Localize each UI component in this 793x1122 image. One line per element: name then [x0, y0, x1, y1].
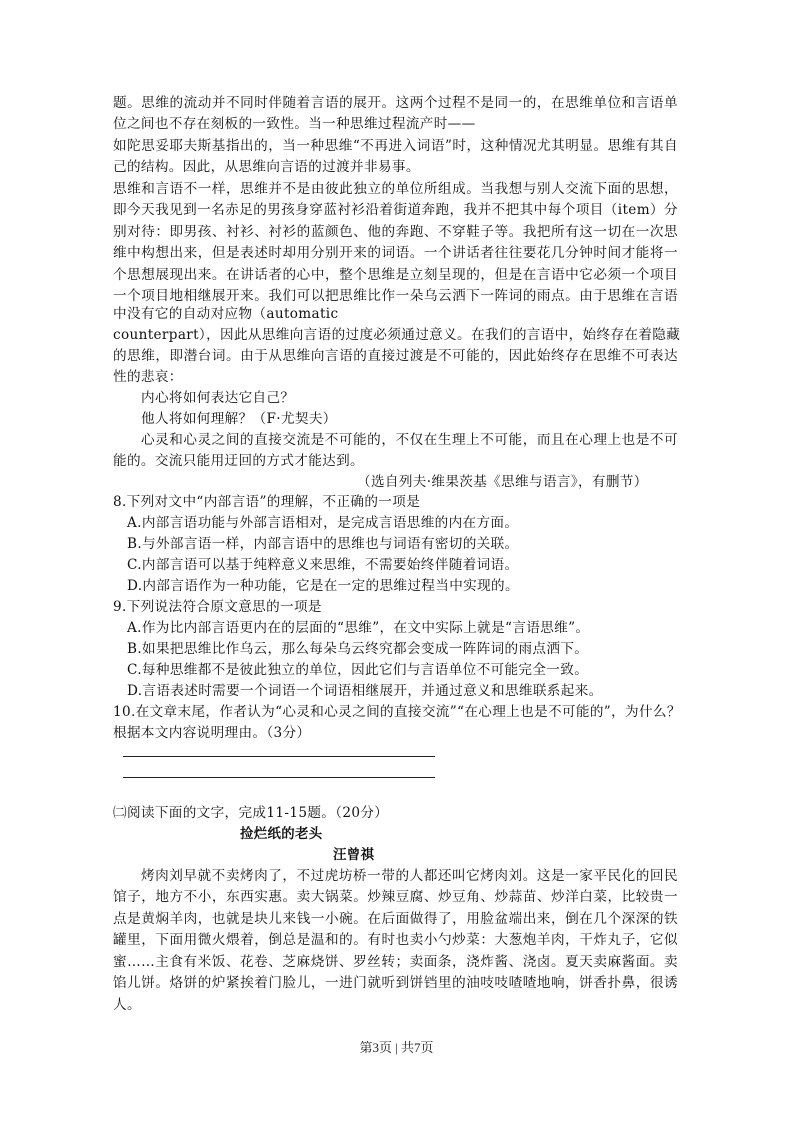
question-9-stem: 9.下列说法符合原文意思的一项是 — [113, 597, 678, 618]
passage-line: 维中构想出来，但是表述时却用分别开来的词语。一个讲话者往往要花几分钟时间才能将一 — [113, 243, 678, 264]
question-8-option-c: C.内部言语可以基于纯粹意义来思维，不需要始终伴随着词语。 — [127, 555, 692, 576]
passage-line: 位之间也不存在刻板的一致性。当一种思维过程流产时—— — [113, 114, 678, 135]
quote-line: 他人将如何理解？（F·尤契夫） — [141, 409, 706, 430]
question-8-option-d: D.内部言语作为一种功能，它是在一定的思维过程当中实现的。 — [127, 576, 692, 597]
story-line: 点是黄焖羊肉，也就是块儿来钱一小碗。在后面做得了，用脸盆端出来，倒在几个深深的铁 — [113, 909, 678, 930]
story-title: 捡烂纸的老头 — [240, 824, 793, 845]
question-10-stem: 根据本文内容说明理由。（3分） — [113, 723, 678, 744]
section-heading: ㈡阅读下面的文字，完成11-15题。（20分） — [113, 803, 678, 824]
story-line: 烤肉刘早就不卖烤肉了，不过虎坊桥一带的人都还叫它烤肉刘。这是一家平民化的回民 — [141, 866, 678, 887]
page-number: 第3页 | 共7页 — [0, 1039, 793, 1057]
passage-line: 别对待：即男孩、衬衫、衬衫的蓝颜色、他的奔跑、不穿鞋子等。我把所有这一切在一次思 — [113, 222, 678, 243]
question-8-option-b: B.与外部言语一样，内部言语中的思维也与词语有密切的关联。 — [127, 534, 692, 555]
question-9-option-c: C.每种思维都不是彼此独立的单位，因此它们与言语单位不可能完全一致。 — [127, 660, 692, 681]
answer-blank-line[interactable] — [123, 756, 435, 757]
question-8-stem: 8.下列对文中“内部言语”的理解，不正确的一项是 — [113, 492, 678, 513]
document-page: 题。思维的流动并不同时伴随着言语的展开。这两个过程不是同一的，在思维单位和言语单… — [0, 0, 793, 1122]
passage-line: 能的。交流只能用迂回的方式才能达到。 — [113, 451, 678, 472]
story-line: 馆子，地方不小，东西实惠。卖大锅菜。炒辣豆腐、炒豆角、炒蒜苗、炒洋白菜，比较贵一 — [113, 887, 678, 908]
passage-line: 的思维，即潜台词。由于从思维向言语的直接过渡是不可能的，因此始终存在思维不可表达 — [113, 346, 678, 367]
passage-line: 己的结构。因此，从思维向言语的过渡并非易事。 — [113, 157, 678, 178]
question-8-option-a: A.内部言语功能与外部言语相对，是完成言语思维的内在方面。 — [127, 513, 692, 534]
passage-line: 即今天我见到一名赤足的男孩身穿蓝衬衫沿着街道奔跑，我并不把其中每个项目（item… — [113, 200, 678, 221]
story-line: 蜜……主食有米饭、花卷、芝麻烧饼、罗丝转；卖面条，浇炸酱、浇卤。夏天卖麻酱面。卖 — [113, 952, 678, 973]
passage-line: 题。思维的流动并不同时伴随着言语的展开。这两个过程不是同一的，在思维单位和言语单 — [113, 93, 678, 114]
question-9-option-a: A.作为比内部言语更内在的层面的“思维”，在文中实际上就是“言语思维”。 — [127, 618, 692, 639]
story-author: 汪曾祺 — [333, 845, 793, 866]
story-line: 人。 — [113, 995, 678, 1016]
story-line: 罐里，下面用微火煨着，倒总是温和的。有时也卖小勺炒菜：大葱炮羊肉，干炸丸子，它似 — [113, 930, 678, 951]
answer-blank-line[interactable] — [123, 777, 435, 778]
passage-line: counterpart），因此从思维向言语的过度必须通过意义。在我们的言语中，始… — [113, 325, 678, 346]
passage-line: 中没有它的自动对应物（automatic — [113, 304, 678, 325]
passage-line: 如陀思妥耶夫斯基指出的，当一种思维“不再进入词语”时，这种情况尤其明显。思维有其… — [113, 136, 678, 157]
source-citation: （选自列夫·维果茨基《思维与语言》，有删节） — [357, 472, 647, 493]
question-9-option-d: D.言语表述时需要一个词语一个词语相继展开，并通过意义和思维联系起来。 — [127, 681, 692, 702]
passage-line: 思维和言语不一样，思维并不是由彼此独立的单位所组成。当我想与别人交流下面的思想， — [113, 179, 678, 200]
passage-line: 心灵和心灵之间的直接交流是不可能的，不仅在生理上不可能，而且在心理上也是不可 — [141, 430, 678, 451]
story-line: 馅儿饼。烙饼的炉紧挨着门脸儿，一进门就听到饼铛里的油吱吱喳喳地响，饼香扑鼻，很诱 — [113, 973, 678, 994]
question-10-stem: 10.在文章末尾，作者认为“心灵和心灵之间的直接交流”“在心理上也是不可能的”，… — [113, 702, 678, 723]
question-9-option-b: B.如果把思维比作乌云，那么每朵乌云终究都会变成一阵阵词的雨点洒下。 — [127, 639, 692, 660]
passage-line: 性的悲哀： — [113, 367, 678, 388]
passage-line: 个思想展现出来。在讲话者的心中，整个思维是立刻呈现的，但是在言语中它必须一个项目 — [113, 265, 678, 286]
quote-line: 内心将如何表达它自己？ — [141, 388, 706, 409]
